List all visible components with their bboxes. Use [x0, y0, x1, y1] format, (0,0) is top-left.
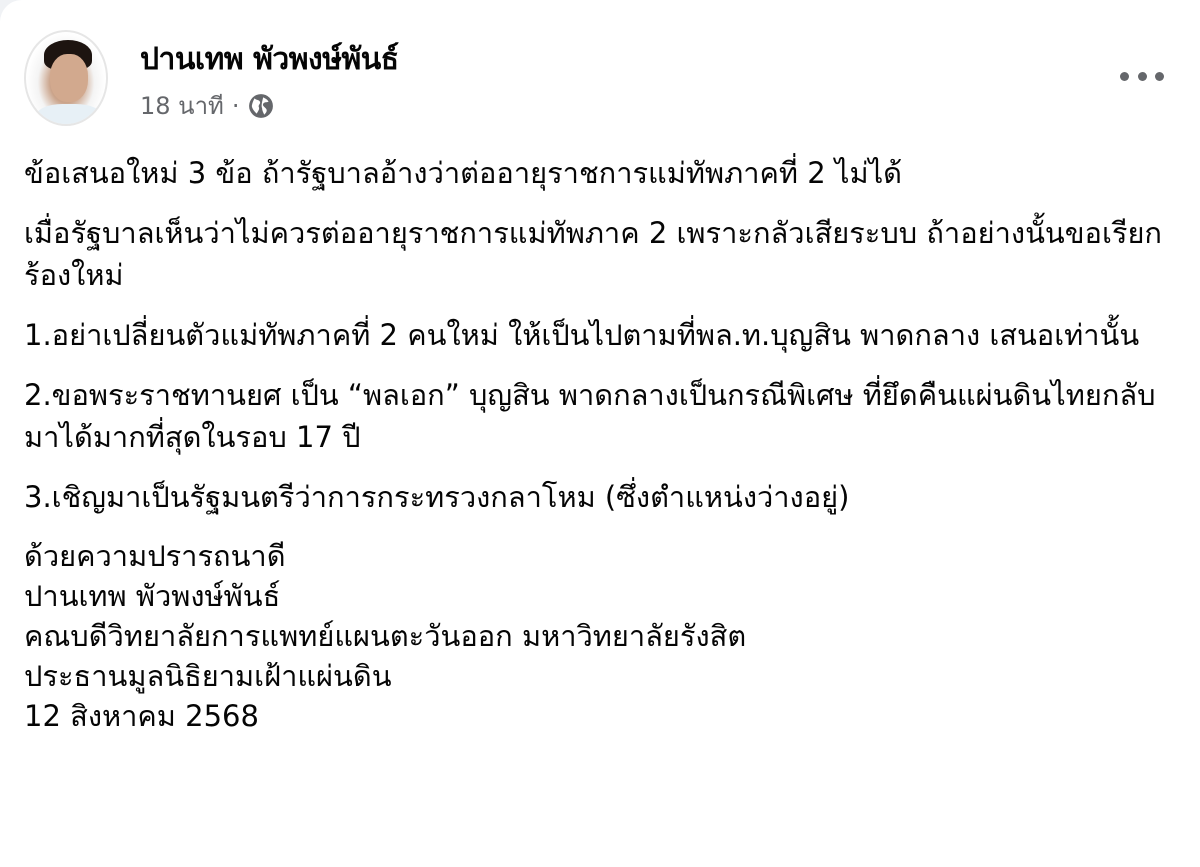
author-avatar[interactable] [24, 30, 108, 126]
post-card: ปานเทพ พัวพงษ์พันธ์ 18 นาที · ข้อเสนอใหม… [0, 0, 1200, 867]
post-signature: ด้วยความปรารถนาดี ปานเทพ พัวพงษ์พันธ์ คณ… [24, 536, 1184, 736]
post-paragraph: 1.อย่าเปลี่ยนตัวแม่ทัพภาคที่ 2 คนใหม่ ให… [24, 314, 1184, 356]
post-paragraph: 3.เชิญมาเป็นรัฐมนตรีว่าการกระทรวงกลาโหม … [24, 476, 1184, 518]
avatar-face [50, 54, 88, 102]
post-timestamp[interactable]: 18 นาที [140, 86, 224, 125]
author-name[interactable]: ปานเทพ พัวพงษ์พันธ์ [140, 36, 399, 83]
post-paragraph: ข้อเสนอใหม่ 3 ข้อ ถ้ารัฐบาลอ้างว่าต่ออาย… [24, 152, 1184, 194]
globe-icon[interactable] [248, 93, 274, 119]
signature-line: ประธานมูลนิธิยามเฝ้าแผ่นดิน [24, 656, 1184, 696]
signature-line: ด้วยความปรารถนาดี [24, 536, 1184, 576]
post-paragraph: 2.ขอพระราชทานยศ เป็น “พลเอก” บุญสิน พาดก… [24, 374, 1184, 458]
post-meta: 18 นาที · [140, 86, 274, 125]
post-body: ข้อเสนอใหม่ 3 ข้อ ถ้ารัฐบาลอ้างว่าต่ออาย… [24, 152, 1184, 736]
post-header: ปานเทพ พัวพงษ์พันธ์ 18 นาที · [24, 30, 1176, 130]
avatar-shirt [36, 104, 102, 126]
more-options-icon [1120, 72, 1129, 81]
more-options-icon [1155, 72, 1164, 81]
signature-line: 12 สิงหาคม 2568 [24, 696, 1184, 736]
more-options-button[interactable] [1120, 66, 1164, 86]
signature-line: ปานเทพ พัวพงษ์พันธ์ [24, 576, 1184, 616]
signature-line: คณบดีวิทยาลัยการแพทย์แผนตะวันออก มหาวิทย… [24, 616, 1184, 656]
post-paragraph: เมื่อรัฐบาลเห็นว่าไม่ควรต่ออายุราชการแม่… [24, 212, 1184, 296]
more-options-icon [1138, 72, 1147, 81]
meta-separator: · [232, 92, 240, 120]
